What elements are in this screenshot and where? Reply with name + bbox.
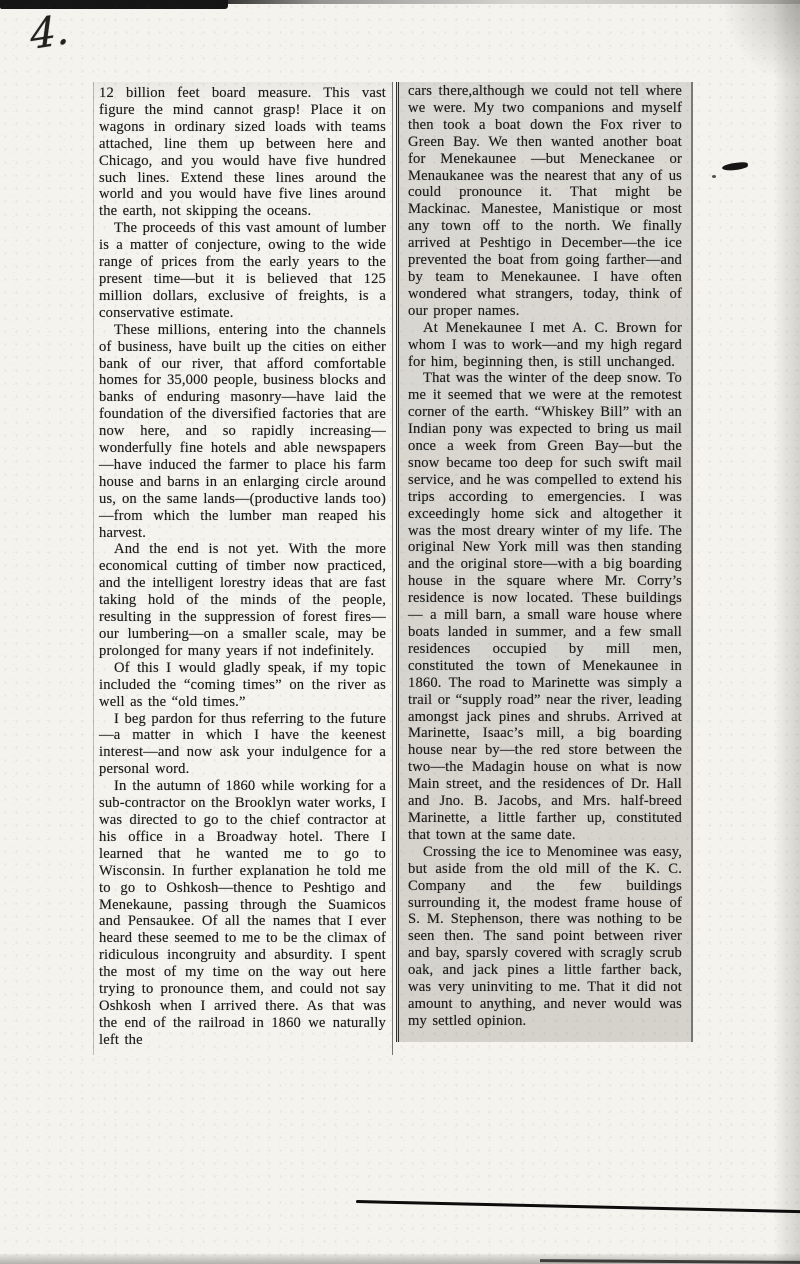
scan-edge-top-left-bar	[0, 0, 228, 9]
ink-speck	[712, 175, 716, 178]
ink-smudge-mark	[722, 161, 749, 171]
paragraph: In the autumn of 1860 while working for …	[99, 778, 386, 1049]
scan-edge-right	[774, 0, 800, 1264]
paragraph: And the end is not yet. With the more ec…	[99, 541, 386, 659]
paragraph: Of this I would gladly speak, if my topi…	[99, 660, 386, 711]
paragraph: At Menekaunee I met A. C. Brown for whom…	[408, 320, 682, 371]
paragraph: These millions, entering into the channe…	[99, 322, 386, 542]
article-column-right: cars there,although we could not tell wh…	[396, 82, 693, 1042]
article-column-left: 12 billion feet board measure. This vast…	[93, 82, 393, 1055]
scanned-newspaper-page: 4. 12 billion feet board measure. This v…	[0, 0, 800, 1264]
paragraph: The proceeds of this vast amount of lumb…	[99, 220, 386, 321]
paragraph: cars there,although we could not tell wh…	[408, 83, 682, 320]
paragraph: 12 billion feet board measure. This vast…	[99, 85, 386, 220]
scan-crease-line	[356, 1200, 800, 1213]
paragraph: Crossing the ice to Menominee was easy, …	[408, 844, 682, 1030]
article-body: 12 billion feet board measure. This vast…	[93, 82, 693, 1055]
paragraph: I beg pardon for thus referring to the f…	[99, 711, 386, 779]
handwritten-page-number: 4.	[29, 5, 70, 59]
paragraph: That was the winter of the deep snow. To…	[408, 370, 682, 843]
